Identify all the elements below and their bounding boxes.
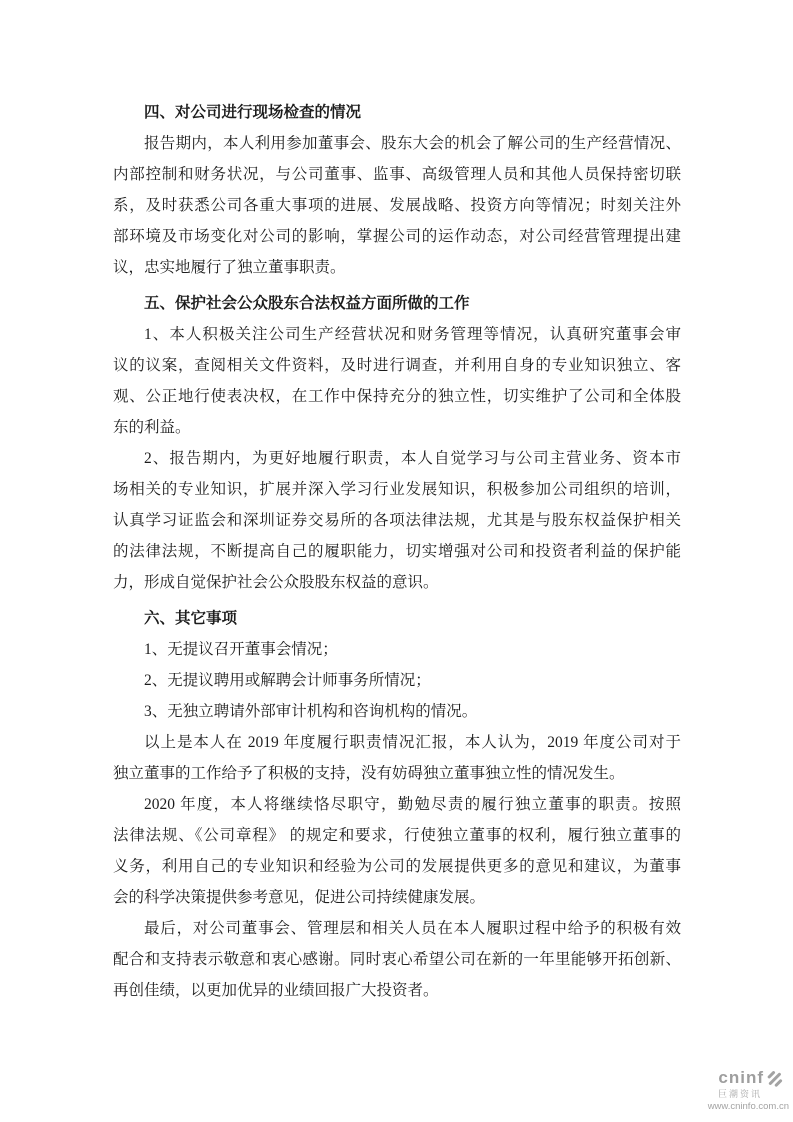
paragraph: 1、无提议召开董事会情况； — [113, 634, 681, 665]
document-content: 四、对公司进行现场检查的情况报告期内，本人利用参加董事会、股东大会的机会了解公司… — [113, 92, 681, 1006]
section-heading: 四、对公司进行现场检查的情况 — [113, 97, 681, 128]
text-line: 配合和支持表示敬意和衷心感谢。同时衷心希望公司在新的一年里能够开拓创新、 — [113, 944, 681, 975]
paragraph: 2020 年度，本人将继续恪尽职守，勤勉尽责的履行独立董事的职责。按照法律法规、… — [113, 789, 681, 913]
cninfo-swirl-icon — [765, 1069, 785, 1089]
text-line: 部环境及市场变化对公司的影响，掌握公司的运作动态，对公司经营管理提出建 — [113, 221, 681, 252]
text-line: 义务，利用自己的专业知识和经验为公司的发展提供更多的意见和建议，为董事 — [113, 851, 681, 882]
paragraph: 报告期内，本人利用参加董事会、股东大会的机会了解公司的生产经营情况、内部控制和财… — [113, 128, 681, 283]
paragraph: 3、无独立聘请外部审计机构和咨询机构的情况。 — [113, 696, 681, 727]
text-line: 2、无提议聘用或解聘会计师事务所情况； — [113, 665, 681, 696]
text-line: 报告期内，本人利用参加董事会、股东大会的机会了解公司的生产经营情况、 — [113, 128, 681, 159]
text-line: 东的利益。 — [113, 412, 681, 443]
text-line: 1、无提议召开董事会情况； — [113, 634, 681, 665]
cninfo-logo-row: cninf — [708, 1069, 789, 1089]
section-heading: 五、保护社会公众股东合法权益方面所做的工作 — [113, 288, 681, 319]
paragraph: 2、报告期内，为更好地履行职责，本人自觉学习与公司主营业务、资本市场相关的专业知… — [113, 443, 681, 598]
text-line: 1、本人积极关注公司生产经营状况和财务管理等情况，认真研究董事会审 — [113, 319, 681, 350]
text-line: 以上是本人在 2019 年度履行职责情况汇报，本人认为，2019 年度公司对于 — [113, 727, 681, 758]
text-line: 系，及时获悉公司各重大事项的进展、发展战略、投资方向等情况；时刻关注外 — [113, 190, 681, 221]
text-line: 3、无独立聘请外部审计机构和咨询机构的情况。 — [113, 696, 681, 727]
section-heading: 六、其它事项 — [113, 603, 681, 634]
text-line: 观、公正地行使表决权，在工作中保持充分的独立性，切实维护了公司和全体股 — [113, 381, 681, 412]
text-line: 会的科学决策提供参考意见，促进公司持续健康发展。 — [113, 882, 681, 913]
text-line: 2、报告期内，为更好地履行职责，本人自觉学习与公司主营业务、资本市 — [113, 443, 681, 474]
text-line: 内部控制和财务状况，与公司董事、监事、高级管理人员和其他人员保持密切联 — [113, 159, 681, 190]
text-line: 再创佳绩，以更加优异的业绩回报广大投资者。 — [113, 975, 681, 1006]
text-line: 独立董事的工作给予了积极的支持，没有妨碍独立董事独立性的情况发生。 — [113, 758, 681, 789]
cninfo-logo: cninf 巨潮资讯 www.cninfo.com.cn — [708, 1069, 789, 1112]
cninfo-logo-tagline: 巨潮资讯 — [708, 1090, 789, 1100]
paragraph: 最后，对公司董事会、管理层和相关人员在本人履职过程中给予的积极有效配合和支持表示… — [113, 913, 681, 1006]
text-line: 议，忠实地履行了独立董事职责。 — [113, 252, 681, 283]
text-line: 的法律法规，不断提高自己的履职能力，切实增强对公司和投资者利益的保护能 — [113, 536, 681, 567]
paragraph: 以上是本人在 2019 年度履行职责情况汇报，本人认为，2019 年度公司对于独… — [113, 727, 681, 789]
text-line: 议的议案，查阅相关文件资料，及时进行调查，并利用自身的专业知识独立、客 — [113, 350, 681, 381]
text-line: 场相关的专业知识，扩展并深入学习行业发展知识，积极参加公司组织的培训， — [113, 474, 681, 505]
text-line: 力，形成自觉保护社会公众股股东权益的意识。 — [113, 567, 681, 598]
text-line: 认真学习证监会和深圳证券交易所的各项法律法规，尤其是与股东权益保护相关 — [113, 505, 681, 536]
paragraph: 2、无提议聘用或解聘会计师事务所情况； — [113, 665, 681, 696]
paragraph: 1、本人积极关注公司生产经营状况和财务管理等情况，认真研究董事会审议的议案，查阅… — [113, 319, 681, 443]
cninfo-logo-text: cninf — [718, 1069, 764, 1088]
document-page: 四、对公司进行现场检查的情况报告期内，本人利用参加董事会、股东大会的机会了解公司… — [0, 0, 793, 1122]
text-line: 最后，对公司董事会、管理层和相关人员在本人履职过程中给予的积极有效 — [113, 913, 681, 944]
cninfo-url: www.cninfo.com.cn — [708, 1102, 789, 1112]
text-line: 2020 年度，本人将继续恪尽职守，勤勉尽责的履行独立董事的职责。按照 — [113, 789, 681, 820]
text-line: 法律法规、《公司章程》 的规定和要求，行使独立董事的权利，履行独立董事的 — [113, 820, 681, 851]
